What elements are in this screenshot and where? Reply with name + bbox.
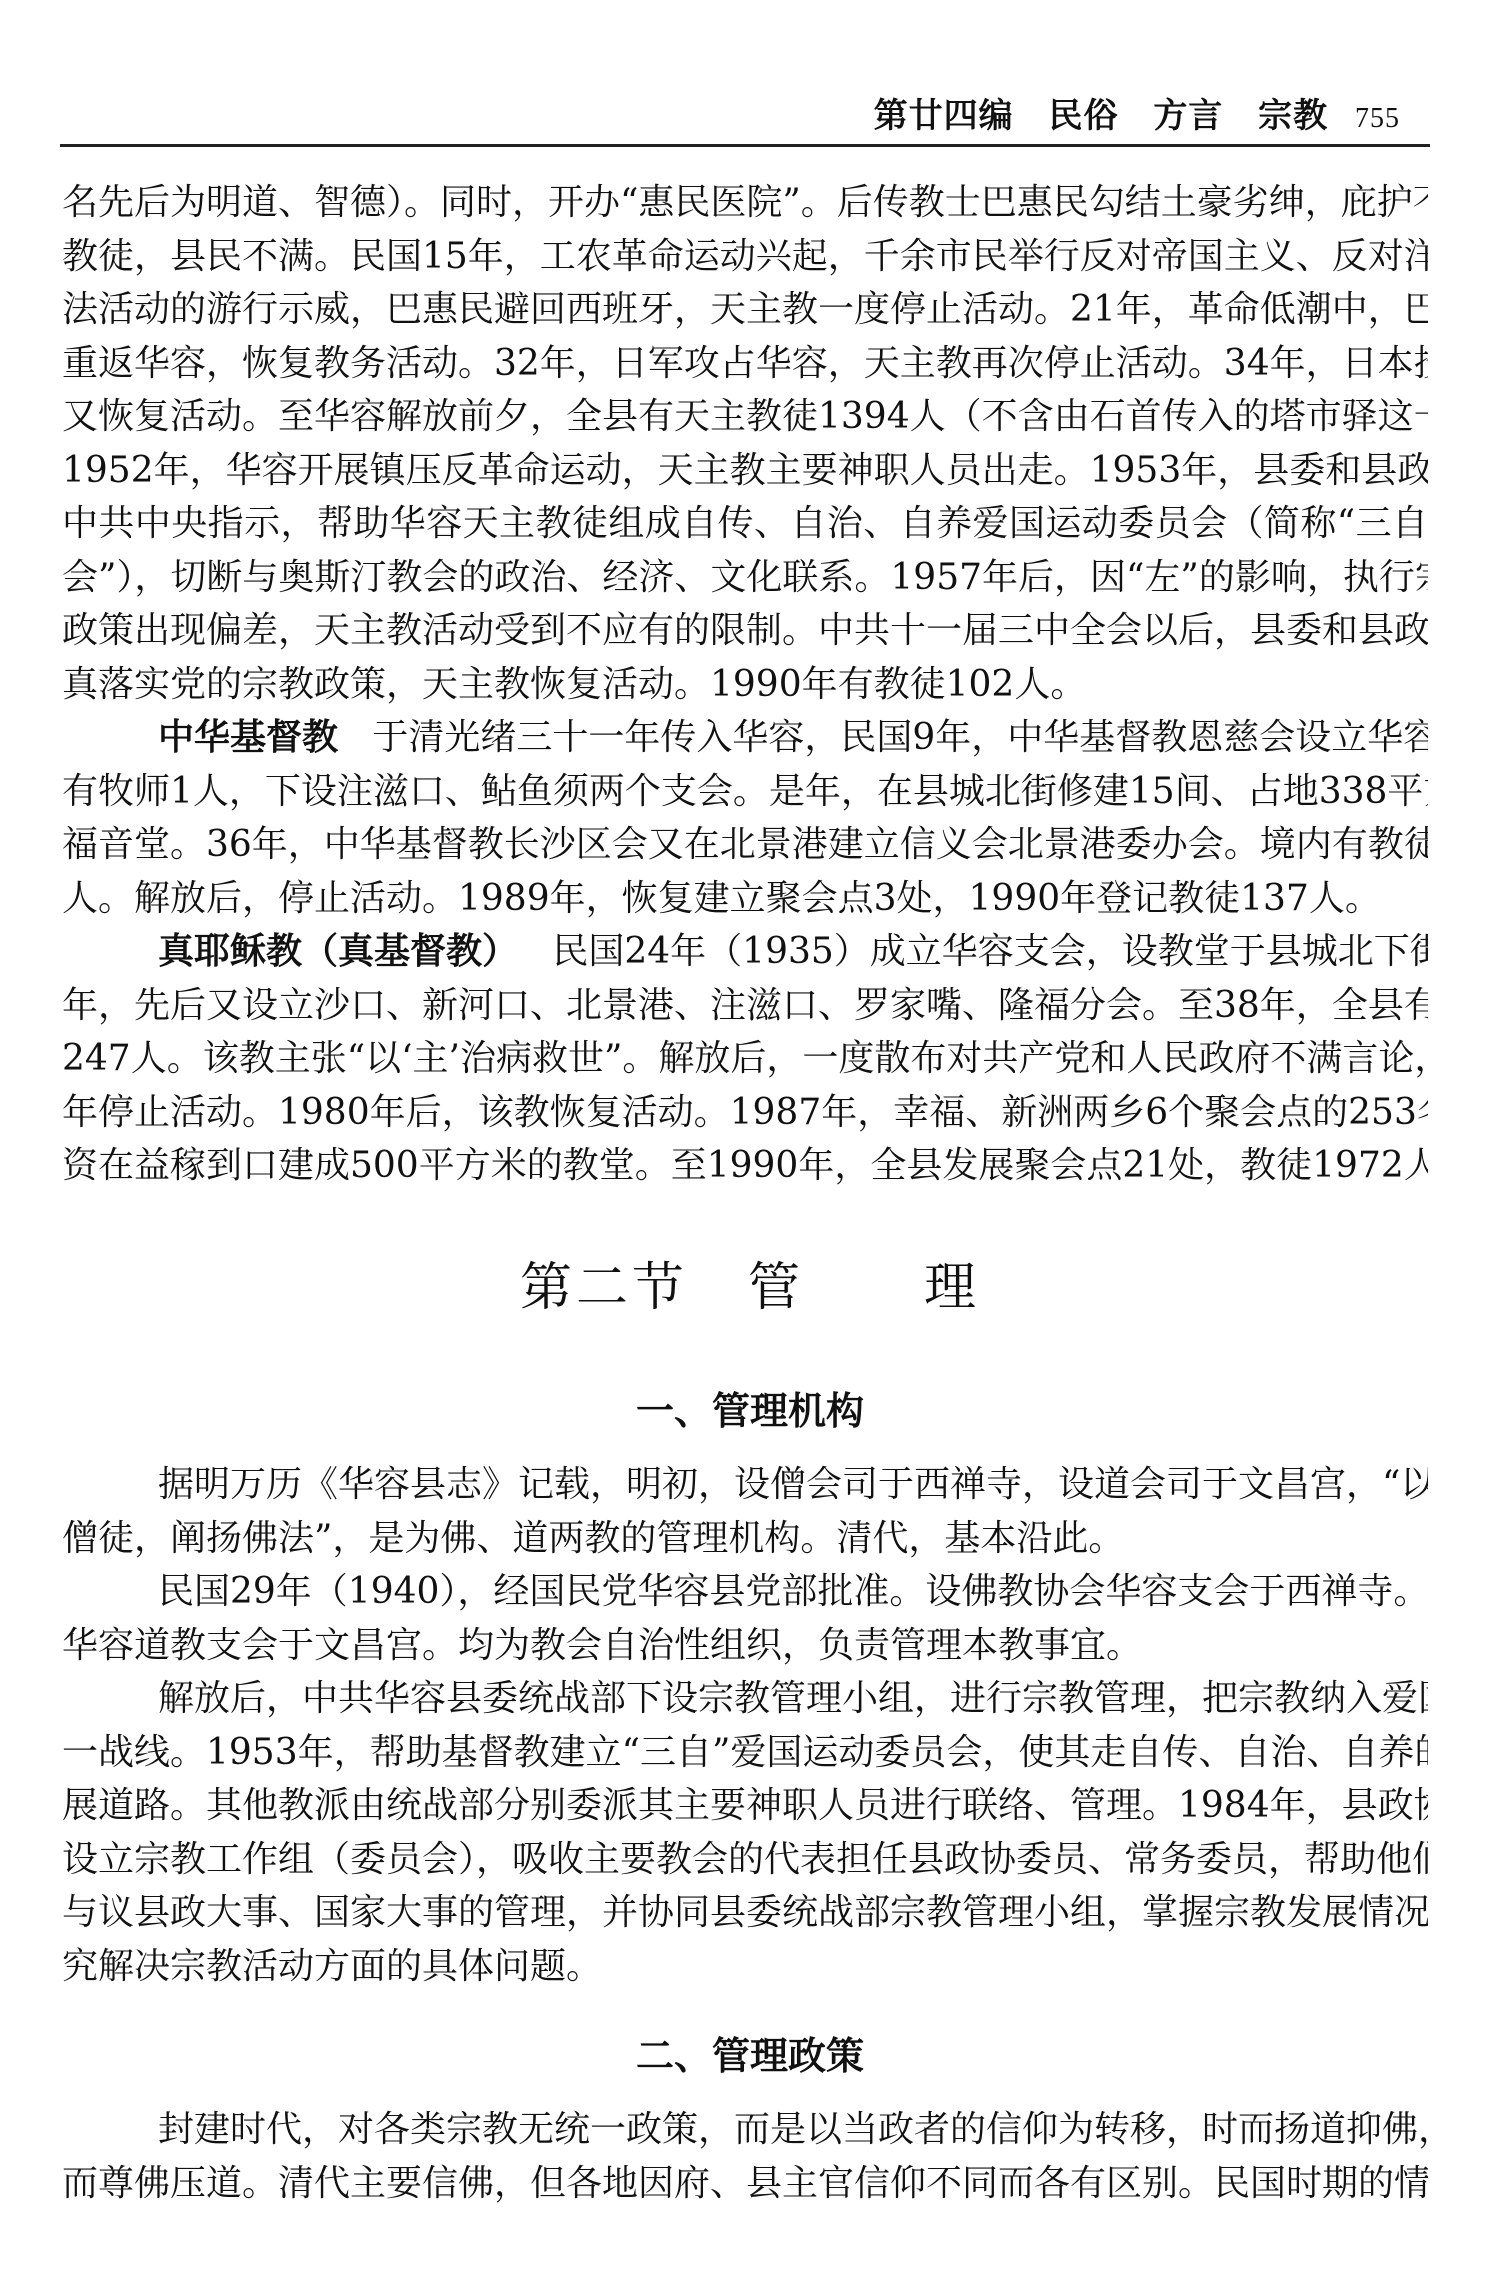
text-line: 僧徒，阐扬佛法”，是为佛、道两教的管理机构。清代，基本沿此。 [62, 1512, 1428, 1566]
text-line: 法活动的游行示威，巴惠民避回西班牙，天主教一度停止活动。21年，革命低潮中，巴惠… [62, 283, 1428, 337]
topic-3: 宗教 [1258, 96, 1328, 136]
text-line: 展道路。其他教派由统战部分别委派其主要神职人员进行联络、管理。1984年，县政协… [62, 1779, 1428, 1833]
text-line: 资在益稼到口建成500平方米的教堂。至1990年，全县发展聚会点21处，教徒19… [62, 1139, 1428, 1193]
text-line: 封建时代，对各类宗教无统一政策，而是以当政者的信仰为转移，时而扬道抑佛，时 [62, 2103, 1428, 2157]
section-title-char: 管 [748, 1258, 804, 1318]
term-christian: 中华基督教 [158, 717, 338, 758]
section-title-char: 理 [924, 1258, 980, 1318]
text-line: 据明万历《华容县志》记载，明初，设僧会司于西禅寺，设道会司于文昌宫，“以维系 [62, 1458, 1428, 1512]
text-line: 设立宗教工作组（委员会），吸收主要教会的代表担任县政协委员、常务委员，帮助他们参 [62, 1833, 1428, 1887]
text-line: 与议县政大事、国家大事的管理，并协同县委统战部宗教管理小组，掌握宗教发展情况，研 [62, 1886, 1428, 1940]
topic-2: 方言 [1153, 96, 1223, 136]
text-line: 福音堂。36年，中华基督教长沙区会又在北景港建立信义会北景港委办会。境内有教徒3… [62, 818, 1428, 872]
subsection-title-2: 二、管理政策 [0, 2025, 1500, 2080]
section-title: 第二节管理 [0, 1245, 1500, 1320]
text-line: 又恢复活动。至华容解放前夕，全县有天主教徒1394人（不含由石首传入的塔市驿这一… [62, 390, 1428, 444]
text-line: 年，先后又设立沙口、新河口、北景港、注滋口、罗家嘴、隆福分会。至38年，全县有教… [62, 979, 1428, 1033]
text-line: 247人。该教主张“以‘主’治病救世”。解放后，一度散布对共产党和人民政府不满言… [62, 1032, 1428, 1086]
catholic-paragraph: 名先后为明道、智德）。同时，开办“惠民医院”。后传教士巴惠民勾结土豪劣绅，庇护不… [62, 176, 1428, 1193]
text-line: 名先后为明道、智德）。同时，开办“惠民医院”。后传教士巴惠民勾结土豪劣绅，庇护不… [62, 176, 1428, 230]
text-line: 教徒，县民不满。民国15年，工农革命运动兴起，千余市民举行反对帝国主义、反对洋教… [62, 230, 1428, 284]
text-line: 1952年，华容开展镇压反革命运动，天主教主要神职人员出走。1953年，县委和县… [62, 444, 1428, 498]
running-head: 第廿四编 民俗 方言 宗教 755 [852, 88, 1400, 137]
text-line: 人。解放后，停止活动。1989年，恢复建立聚会点3处，1990年登记教徒137人… [62, 872, 1428, 926]
subsection-title-1: 一、管理机构 [0, 1380, 1500, 1435]
text-line: 一战线。1953年，帮助基督教建立“三自”爱国运动委员会，使其走自传、自治、自养… [62, 1726, 1428, 1780]
text-line: 华容道教支会于文昌宫。均为教会自治性组织，负责管理本教事宜。 [62, 1619, 1428, 1673]
text-line: 究解决宗教活动方面的具体问题。 [62, 1940, 1428, 1994]
text-line: 年停止活动。1980年后，该教恢复活动。1987年，幸福、新洲两乡6个聚会点的2… [62, 1086, 1428, 1140]
part-label: 第廿四编 [874, 96, 1014, 136]
text-line: 而尊佛压道。清代主要信佛，但各地因府、县主官信仰不同而各有区别。民国时期的情况也 [62, 2157, 1428, 2211]
text-line: 中共中央指示，帮助华容天主教徒组成自传、自治、自养爱国运动委员会（简称“三自 [62, 497, 1428, 551]
text-run: 民国24年（1935）成立华容支会，设教堂于县城北下街，26～34 [552, 931, 1428, 972]
text-run: 于清光绪三十一年传入华容，民国9年，中华基督教恩慈会设立华容分会。 [372, 717, 1428, 758]
text-line: 有牧师1人，下设注滋口、鲇鱼须两个支会。是年，在县城北街修建15间、占地338平… [62, 765, 1428, 819]
text-line: 真落实党的宗教政策，天主教恢复活动。1990年有教徒102人。 [62, 658, 1428, 712]
text-line: 政策出现偏差，天主教活动受到不应有的限制。中共十一届三中全会以后，县委和县政府认 [62, 604, 1428, 658]
policy-body: 封建时代，对各类宗教无统一政策，而是以当政者的信仰为转移，时而扬道抑佛，时 而尊… [62, 2103, 1428, 2210]
text-line: 解放后，中共华容县委统战部下设宗教管理小组，进行宗教管理，把宗教纳入爱国统 [62, 1672, 1428, 1726]
text-line: 重返华容，恢复教务活动。32年，日军攻占华容，天主教再次停止活动。34年，日本投… [62, 337, 1428, 391]
christian-paragraph-first-line: 中华基督教 于清光绪三十一年传入华容，民国9年，中华基督教恩慈会设立华容分会。 [62, 711, 1428, 765]
text-line: 民国29年（1940），经国民党华容县党部批准。设佛教协会华容支会于西禅寺。37… [62, 1565, 1428, 1619]
section-number: 第二节 [520, 1258, 688, 1318]
management-body: 据明万历《华容县志》记载，明初，设僧会司于西禅寺，设道会司于文昌宫，“以维系 僧… [62, 1458, 1428, 1993]
true-jesus-paragraph-first-line: 真耶稣教（真基督教） 民国24年（1935）成立华容支会，设教堂于县城北下街，2… [62, 925, 1428, 979]
term-true-jesus: 真耶稣教（真基督教） [158, 931, 518, 972]
text-line: 会”），切断与奥斯汀教会的政治、经济、文化联系。1957年后，因“左”的影响，执… [62, 551, 1428, 605]
page-number: 755 [1355, 103, 1400, 134]
topic-1: 民俗 [1048, 96, 1118, 136]
header-rule [60, 144, 1430, 147]
